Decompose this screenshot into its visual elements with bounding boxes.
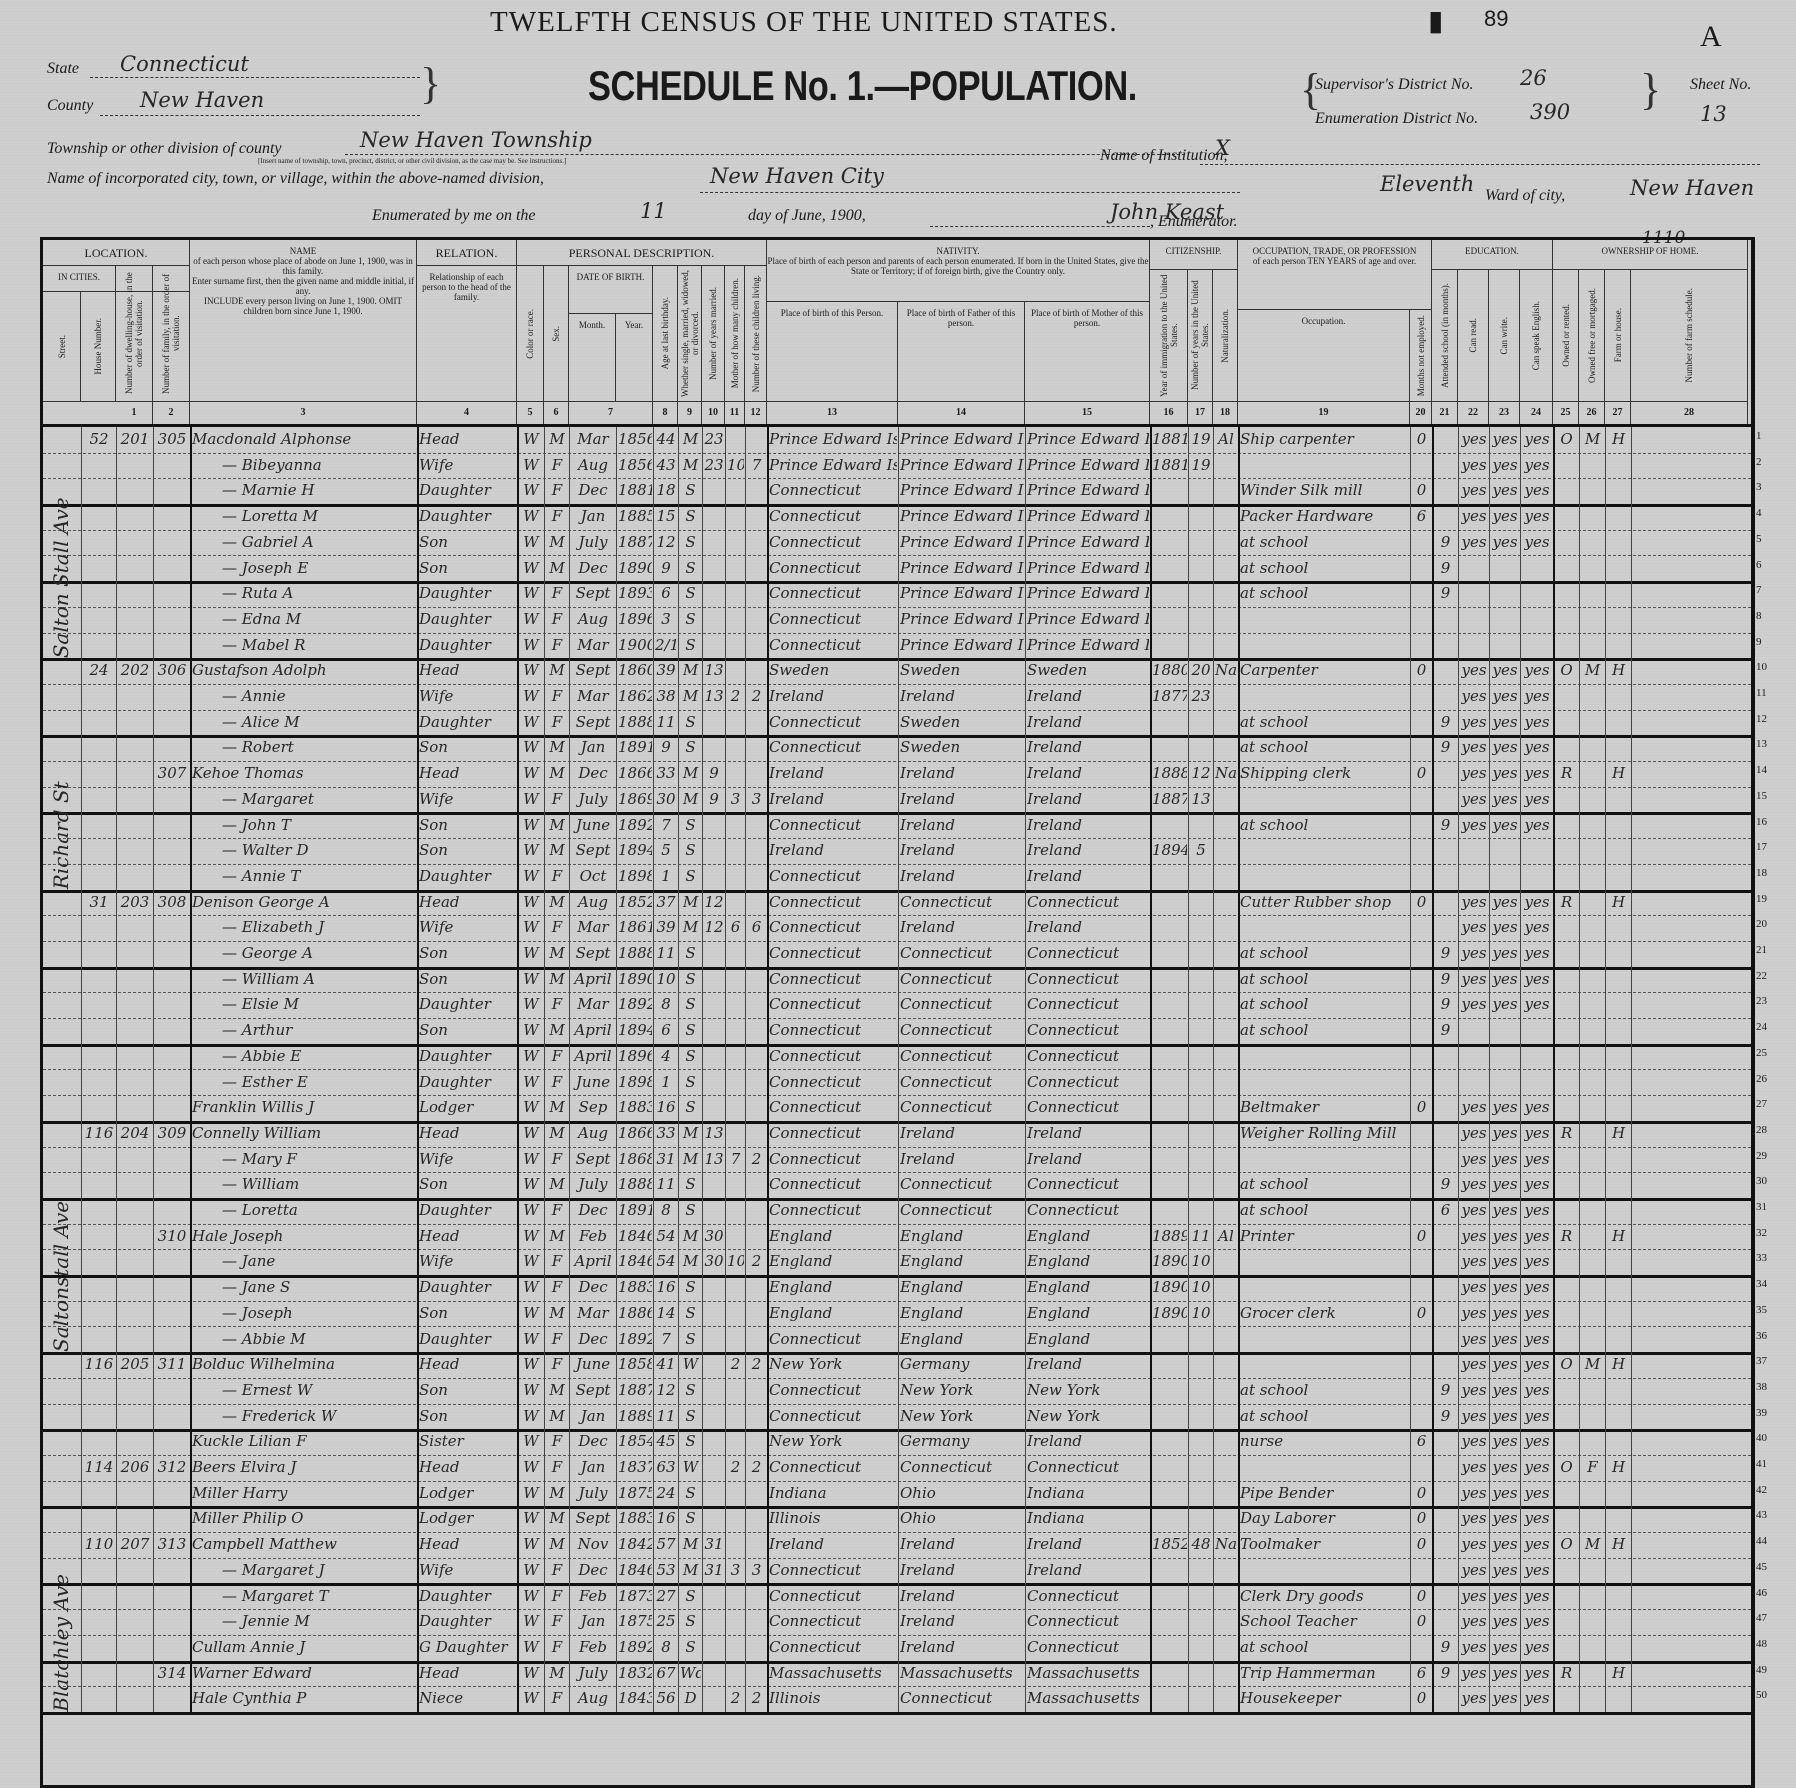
cell-mc	[727, 1404, 744, 1430]
cell-mort	[1581, 1686, 1604, 1712]
cell-sex: F	[546, 1275, 568, 1301]
cell-ym	[704, 1172, 724, 1198]
cell-marital: S	[680, 1378, 701, 1404]
cell-pob: Illinois	[769, 1686, 897, 1712]
cell-sex: F	[546, 607, 568, 633]
table-row: 24202306Gustafson AdolphHeadWMSept186039…	[43, 658, 1751, 685]
cell-occ	[1240, 864, 1409, 890]
cell-ym	[704, 710, 724, 736]
cell-color: W	[519, 478, 543, 504]
header-can-read: Can read.	[1458, 270, 1489, 402]
state-line	[90, 77, 420, 78]
cell-color: W	[519, 890, 543, 916]
cell-eng: yes	[1522, 1224, 1552, 1250]
cell-yrs	[1190, 992, 1212, 1018]
supervisor-value: 26	[1520, 66, 1547, 90]
cell-relation: Wife	[419, 1147, 516, 1173]
cell-house	[83, 1429, 115, 1455]
cell-family	[155, 504, 189, 530]
cell-color: W	[519, 1429, 543, 1455]
cell-yrs	[1190, 1404, 1212, 1430]
cell-sch: 9	[1434, 710, 1457, 736]
cell-imm	[1152, 710, 1187, 736]
line-number: 40	[1756, 1432, 1767, 1444]
line-number: 27	[1756, 1098, 1767, 1110]
cell-house	[83, 735, 115, 761]
cell-farm: H	[1607, 761, 1630, 787]
cell-cl	[747, 658, 766, 684]
cell-mc: 2	[727, 684, 744, 710]
cell-name: Beers Elvira J	[192, 1455, 416, 1481]
cell-pobm: England	[1027, 1224, 1149, 1250]
cell-mu: 0	[1412, 1686, 1431, 1712]
cell-mc: 2	[727, 1455, 744, 1481]
cell-relation: Daughter	[419, 633, 516, 659]
cell-relation: Daughter	[419, 607, 516, 633]
cell-name: — Frederick W	[192, 1404, 446, 1430]
cell-mort	[1581, 1661, 1604, 1687]
cell-pobm: Indiana	[1027, 1481, 1149, 1507]
cell-relation: Daughter	[419, 478, 516, 504]
cell-house	[83, 478, 115, 504]
cell-color: W	[519, 1275, 543, 1301]
cell-age: 9	[655, 556, 677, 582]
cell-occ: Toolmaker	[1240, 1532, 1409, 1558]
cell-relation: Daughter	[419, 992, 516, 1018]
cell-name: Cullam Annie J	[192, 1635, 416, 1661]
cell-name: Campbell Matthew	[192, 1532, 416, 1558]
cell-age: 16	[655, 1095, 677, 1121]
cell-yrs	[1190, 1506, 1212, 1532]
cell-family	[155, 710, 189, 736]
cell-name: Gustafson Adolph	[192, 658, 416, 684]
cell-own	[1555, 684, 1578, 710]
cell-occ: at school	[1240, 1172, 1409, 1198]
cell-age: 38	[655, 684, 677, 710]
cell-farm	[1607, 992, 1630, 1018]
cell-color: W	[519, 1301, 543, 1327]
cell-read	[1460, 838, 1488, 864]
cell-year: 1888	[618, 1172, 652, 1198]
cell-nat	[1215, 992, 1237, 1018]
cell-own	[1555, 453, 1578, 479]
cell-write: yes	[1491, 890, 1519, 916]
cell-nat	[1215, 1198, 1237, 1224]
header-date-of-birth: DATE OF BIRTH.	[569, 266, 653, 314]
cell-farm	[1607, 915, 1630, 941]
cell-farm	[1607, 504, 1630, 530]
cell-house	[83, 787, 115, 813]
cell-occ: at school	[1240, 1378, 1409, 1404]
table-row: — Edna MDaughterWFAug18963SConnecticutPr…	[43, 607, 1751, 634]
cell-marital: S	[680, 941, 701, 967]
cell-read: yes	[1460, 1506, 1488, 1532]
cell-yrs	[1190, 1661, 1212, 1687]
cell-dwelling	[118, 1018, 152, 1044]
cell-pobm: Connecticut	[1027, 1584, 1149, 1610]
cell-color: W	[519, 1558, 543, 1584]
cell-sch	[1434, 1095, 1457, 1121]
cell-family	[155, 1584, 189, 1610]
cell-nat	[1215, 1044, 1237, 1070]
cell-sch	[1434, 504, 1457, 530]
cell-color: W	[519, 453, 543, 479]
cell-dwelling	[118, 607, 152, 633]
column-divider	[153, 427, 154, 1712]
cell-ym: 9	[704, 761, 724, 787]
cell-age: 18	[655, 478, 677, 504]
table-row: — Jennie MDaughterWFJan187525SConnecticu…	[43, 1609, 1751, 1636]
cell-pobm: Massachusetts	[1027, 1661, 1149, 1687]
cell-farm	[1607, 735, 1630, 761]
cell-write: yes	[1491, 1198, 1519, 1224]
cell-yrs	[1190, 813, 1212, 839]
cell-cl	[747, 1095, 766, 1121]
cell-pobf: Ireland	[900, 1635, 1024, 1661]
cell-month: July	[571, 1481, 615, 1507]
cell-marital: M	[680, 1249, 701, 1275]
cell-year: 1892	[618, 813, 652, 839]
cell-write: yes	[1491, 504, 1519, 530]
line-number: 15	[1756, 790, 1767, 802]
table-row: — ArthurSonWMApril18946SConnecticutConne…	[43, 1018, 1751, 1047]
header-owned-rented: Owned or rented.	[1553, 270, 1579, 402]
cell-mu: 0	[1412, 1481, 1431, 1507]
cell-eng: yes	[1522, 1327, 1552, 1353]
cell-mu: 0	[1412, 1609, 1431, 1635]
cell-imm: 1890	[1152, 1275, 1187, 1301]
cell-year: 1846	[618, 1224, 652, 1250]
cell-occ: Trip Hammerman	[1240, 1661, 1409, 1687]
cell-farm	[1607, 967, 1630, 993]
cell-mort	[1581, 530, 1604, 556]
cell-pobm: Prince Edward Island	[1027, 633, 1149, 659]
cell-occ: Day Laborer	[1240, 1506, 1409, 1532]
cell-own	[1555, 1044, 1578, 1070]
cell-yrs	[1190, 1018, 1212, 1044]
cell-read: yes	[1460, 1558, 1488, 1584]
cell-mc: 7	[727, 1147, 744, 1173]
cell-pobf: England	[900, 1224, 1024, 1250]
cell-marital: M	[680, 890, 701, 916]
cell-mort	[1581, 1095, 1604, 1121]
cell-month: Sept	[571, 658, 615, 684]
cell-dwelling: 205	[118, 1352, 152, 1378]
column-divider	[1150, 427, 1152, 1712]
cell-imm	[1152, 1352, 1187, 1378]
cell-sex: M	[546, 1224, 568, 1250]
cell-occ: Carpenter	[1240, 658, 1409, 684]
line-number: 25	[1756, 1047, 1767, 1059]
cell-name: — Margaret J	[192, 1558, 446, 1584]
cell-age: 63	[655, 1455, 677, 1481]
table-row: — JosephSonWMMar188614SEnglandEnglandEng…	[43, 1301, 1751, 1328]
table-row: — LorettaDaughterWFDec18918SConnecticutC…	[43, 1198, 1751, 1225]
cell-farm	[1607, 864, 1630, 890]
cell-family	[155, 1404, 189, 1430]
cell-mc	[727, 478, 744, 504]
cell-dwelling	[118, 1584, 152, 1610]
column-divider	[1631, 427, 1632, 1712]
cell-sch	[1434, 1352, 1457, 1378]
cell-ym	[704, 1198, 724, 1224]
cell-cl	[747, 530, 766, 556]
cell-pob: Connecticut	[769, 1044, 897, 1070]
cell-pobf: Prince Edward Island	[900, 453, 1024, 479]
table-row: — Ruta ADaughterWFSept18936SConnecticutP…	[43, 581, 1751, 608]
cell-sex: M	[546, 1378, 568, 1404]
cell-pob: England	[769, 1301, 897, 1327]
cell-mu: 0	[1412, 1095, 1431, 1121]
cell-yrs: 19	[1190, 453, 1212, 479]
cell-family	[155, 1172, 189, 1198]
cell-write	[1491, 838, 1519, 864]
cell-dwelling: 202	[118, 658, 152, 684]
cell-relation: Wife	[419, 453, 516, 479]
cell-farm: H	[1607, 1352, 1630, 1378]
line-number: 47	[1756, 1612, 1767, 1624]
cell-color: W	[519, 1198, 543, 1224]
cell-family	[155, 1275, 189, 1301]
cell-cl	[747, 1429, 766, 1455]
cell-nat	[1215, 1172, 1237, 1198]
cell-color: W	[519, 1121, 543, 1147]
cell-own	[1555, 1686, 1578, 1712]
table-row: — William ASonWMApril189010SConnecticutC…	[43, 967, 1751, 994]
cell-month: Sept	[571, 1506, 615, 1532]
cell-eng: yes	[1522, 1198, 1552, 1224]
cell-pob: Massachusetts	[769, 1661, 897, 1687]
cell-family: 312	[155, 1455, 189, 1481]
cell-sch	[1434, 890, 1457, 916]
cell-pobf: Ireland	[900, 761, 1024, 787]
line-number: 1	[1756, 430, 1762, 442]
cell-month: Aug	[571, 1121, 615, 1147]
table-row: Hale Cynthia PNieceWFAug184356D22Illinoi…	[43, 1686, 1751, 1715]
cell-read	[1460, 1044, 1488, 1070]
cell-pob: Connecticut	[769, 967, 897, 993]
cell-imm: 1890	[1152, 1249, 1187, 1275]
cell-pob: Connecticut	[769, 556, 897, 582]
cell-mc	[727, 838, 744, 864]
cell-nat	[1215, 1661, 1237, 1687]
cell-write	[1491, 1070, 1519, 1096]
cell-dwelling	[118, 1506, 152, 1532]
cell-sch	[1434, 1147, 1457, 1173]
cell-own	[1555, 1506, 1578, 1532]
cell-farm: H	[1607, 1532, 1630, 1558]
cell-mort	[1581, 1609, 1604, 1635]
cell-pobf: Prince Edward Island	[900, 478, 1024, 504]
cell-mc	[727, 581, 744, 607]
cell-read: yes	[1460, 1224, 1488, 1250]
supervisor-label: Supervisor's District No.	[1315, 76, 1474, 94]
cell-own	[1555, 1249, 1578, 1275]
cell-pobm: Prince Edward Island	[1027, 556, 1149, 582]
cell-mu	[1412, 864, 1431, 890]
cell-age: 39	[655, 915, 677, 941]
cell-relation: Daughter	[419, 1584, 516, 1610]
cell-mc	[727, 1172, 744, 1198]
cell-own	[1555, 1609, 1578, 1635]
cell-eng: yes	[1522, 1635, 1552, 1661]
line-number: 3	[1756, 481, 1762, 493]
cell-mort	[1581, 967, 1604, 993]
cell-mu	[1412, 1018, 1431, 1044]
cell-mu	[1412, 813, 1431, 839]
cell-marital: S	[680, 1095, 701, 1121]
cell-mort: M	[1581, 1352, 1604, 1378]
cell-read: yes	[1460, 1404, 1488, 1430]
cell-sex: M	[546, 1532, 568, 1558]
header-pob-person: Place of birth of this Person.	[767, 302, 898, 402]
enumerator-line	[930, 226, 1150, 227]
cell-age: 16	[655, 1506, 677, 1532]
cell-occ: Ship carpenter	[1240, 427, 1409, 453]
header-name: NAME of each person whose place of abode…	[190, 240, 417, 402]
cell-sch: 9	[1434, 581, 1457, 607]
cell-cl	[747, 1121, 766, 1147]
cell-imm	[1152, 478, 1187, 504]
cell-eng: yes	[1522, 1661, 1552, 1687]
cell-nat	[1215, 607, 1237, 633]
census-title: TWELFTH CENSUS OF THE UNITED STATES.	[490, 6, 1118, 39]
cell-marital: Wd	[680, 1661, 701, 1687]
cell-dwelling	[118, 838, 152, 864]
cell-write: yes	[1491, 1275, 1519, 1301]
cell-year: 1891	[618, 1198, 652, 1224]
cell-nat	[1215, 1327, 1237, 1353]
cell-dwelling	[118, 813, 152, 839]
cell-imm	[1152, 915, 1187, 941]
cell-own	[1555, 1070, 1578, 1096]
table-row: 116205311Bolduc WilhelminaHeadWFJune1858…	[43, 1352, 1751, 1379]
cell-read: yes	[1460, 453, 1488, 479]
header-dwelling: Number of dwelling-house, in the order o…	[116, 266, 153, 402]
cell-cl: 6	[747, 915, 766, 941]
column-divider	[1432, 427, 1434, 1712]
cell-cl	[747, 1532, 766, 1558]
cell-year: 1896	[618, 1044, 652, 1070]
cell-relation: Daughter	[419, 1275, 516, 1301]
cell-mort	[1581, 1147, 1604, 1173]
cell-year: 1893	[618, 581, 652, 607]
cell-color: W	[519, 1147, 543, 1173]
cell-mort	[1581, 1429, 1604, 1455]
cell-nat	[1215, 684, 1237, 710]
cell-farm	[1607, 1249, 1630, 1275]
line-number: 11	[1756, 687, 1767, 699]
cell-relation: Son	[419, 1404, 516, 1430]
cell-family	[155, 1249, 189, 1275]
cell-relation: Head	[419, 1224, 516, 1250]
cell-age: 7	[655, 813, 677, 839]
cell-imm	[1152, 1404, 1187, 1430]
cell-own	[1555, 787, 1578, 813]
cell-imm	[1152, 1429, 1187, 1455]
cell-age: 53	[655, 1558, 677, 1584]
header-farm-schedule: Number of farm schedule.	[1631, 270, 1748, 402]
cell-name: — Esther E	[192, 1070, 446, 1096]
cell-sch	[1434, 1224, 1457, 1250]
cell-read: yes	[1460, 761, 1488, 787]
cell-write	[1491, 581, 1519, 607]
column-number: 28	[1631, 402, 1748, 424]
cell-color: W	[519, 838, 543, 864]
cell-occ: at school	[1240, 1018, 1409, 1044]
cell-farm	[1607, 1301, 1630, 1327]
cell-family	[155, 838, 189, 864]
cell-pobm: Connecticut	[1027, 1198, 1149, 1224]
cell-sex: F	[546, 504, 568, 530]
cell-cl	[747, 1198, 766, 1224]
sheet-value: 13	[1700, 102, 1727, 126]
cell-farm	[1607, 1147, 1630, 1173]
cell-cl	[747, 735, 766, 761]
cell-house	[83, 838, 115, 864]
cell-pob: Connecticut	[769, 813, 897, 839]
cell-pob: Connecticut	[769, 1095, 897, 1121]
cell-nat	[1215, 813, 1237, 839]
cell-ym	[704, 504, 724, 530]
cell-marital: S	[680, 1301, 701, 1327]
cell-eng: yes	[1522, 478, 1552, 504]
cell-eng: yes	[1522, 1584, 1552, 1610]
cell-mc: 2	[727, 1686, 744, 1712]
cell-imm	[1152, 992, 1187, 1018]
enumerator-label: , Enumerator.	[1150, 213, 1238, 231]
cell-month: Mar	[571, 684, 615, 710]
cell-dwelling	[118, 1249, 152, 1275]
cell-imm: 1889	[1152, 1224, 1187, 1250]
cell-marital: M	[680, 1224, 701, 1250]
cell-occ	[1240, 1327, 1409, 1353]
header-street: Street.	[43, 292, 81, 402]
cell-mort	[1581, 1070, 1604, 1096]
cell-dwelling	[118, 1609, 152, 1635]
cell-imm	[1152, 967, 1187, 993]
cell-nat	[1215, 838, 1237, 864]
cell-farm	[1607, 1044, 1630, 1070]
table-row: — Elizabeth JWifeWFMar186139M1266Connect…	[43, 915, 1751, 942]
cell-nat	[1215, 453, 1237, 479]
cell-marital: W	[680, 1455, 701, 1481]
cell-nat	[1215, 864, 1237, 890]
cell-color: W	[519, 658, 543, 684]
cell-imm: 1852	[1152, 1532, 1187, 1558]
cell-name: Macdonald Alphonse	[192, 427, 416, 453]
cell-farm	[1607, 1506, 1630, 1532]
cell-age: 1	[655, 1070, 677, 1096]
column-divider	[678, 427, 679, 1712]
cell-color: W	[519, 710, 543, 736]
cell-year: 1885	[618, 504, 652, 530]
cell-pobf: Connecticut	[900, 941, 1024, 967]
cell-yrs: 5	[1190, 838, 1212, 864]
cell-pobm: New York	[1027, 1378, 1149, 1404]
line-number: 10	[1756, 661, 1767, 673]
cell-month: Dec	[571, 1327, 615, 1353]
cell-occ: Beltmaker	[1240, 1095, 1409, 1121]
header-nativity: NATIVITY. Place of birth of each person …	[767, 240, 1150, 302]
header-pob-father: Place of birth of Father of this person.	[898, 302, 1025, 402]
header-children-living: Number of these children living.	[745, 266, 767, 402]
cell-occ: Weigher Rolling Mill	[1240, 1121, 1409, 1147]
cell-age: 27	[655, 1584, 677, 1610]
cell-eng: yes	[1522, 1429, 1552, 1455]
cell-occ: at school	[1240, 967, 1409, 993]
cell-family	[155, 684, 189, 710]
